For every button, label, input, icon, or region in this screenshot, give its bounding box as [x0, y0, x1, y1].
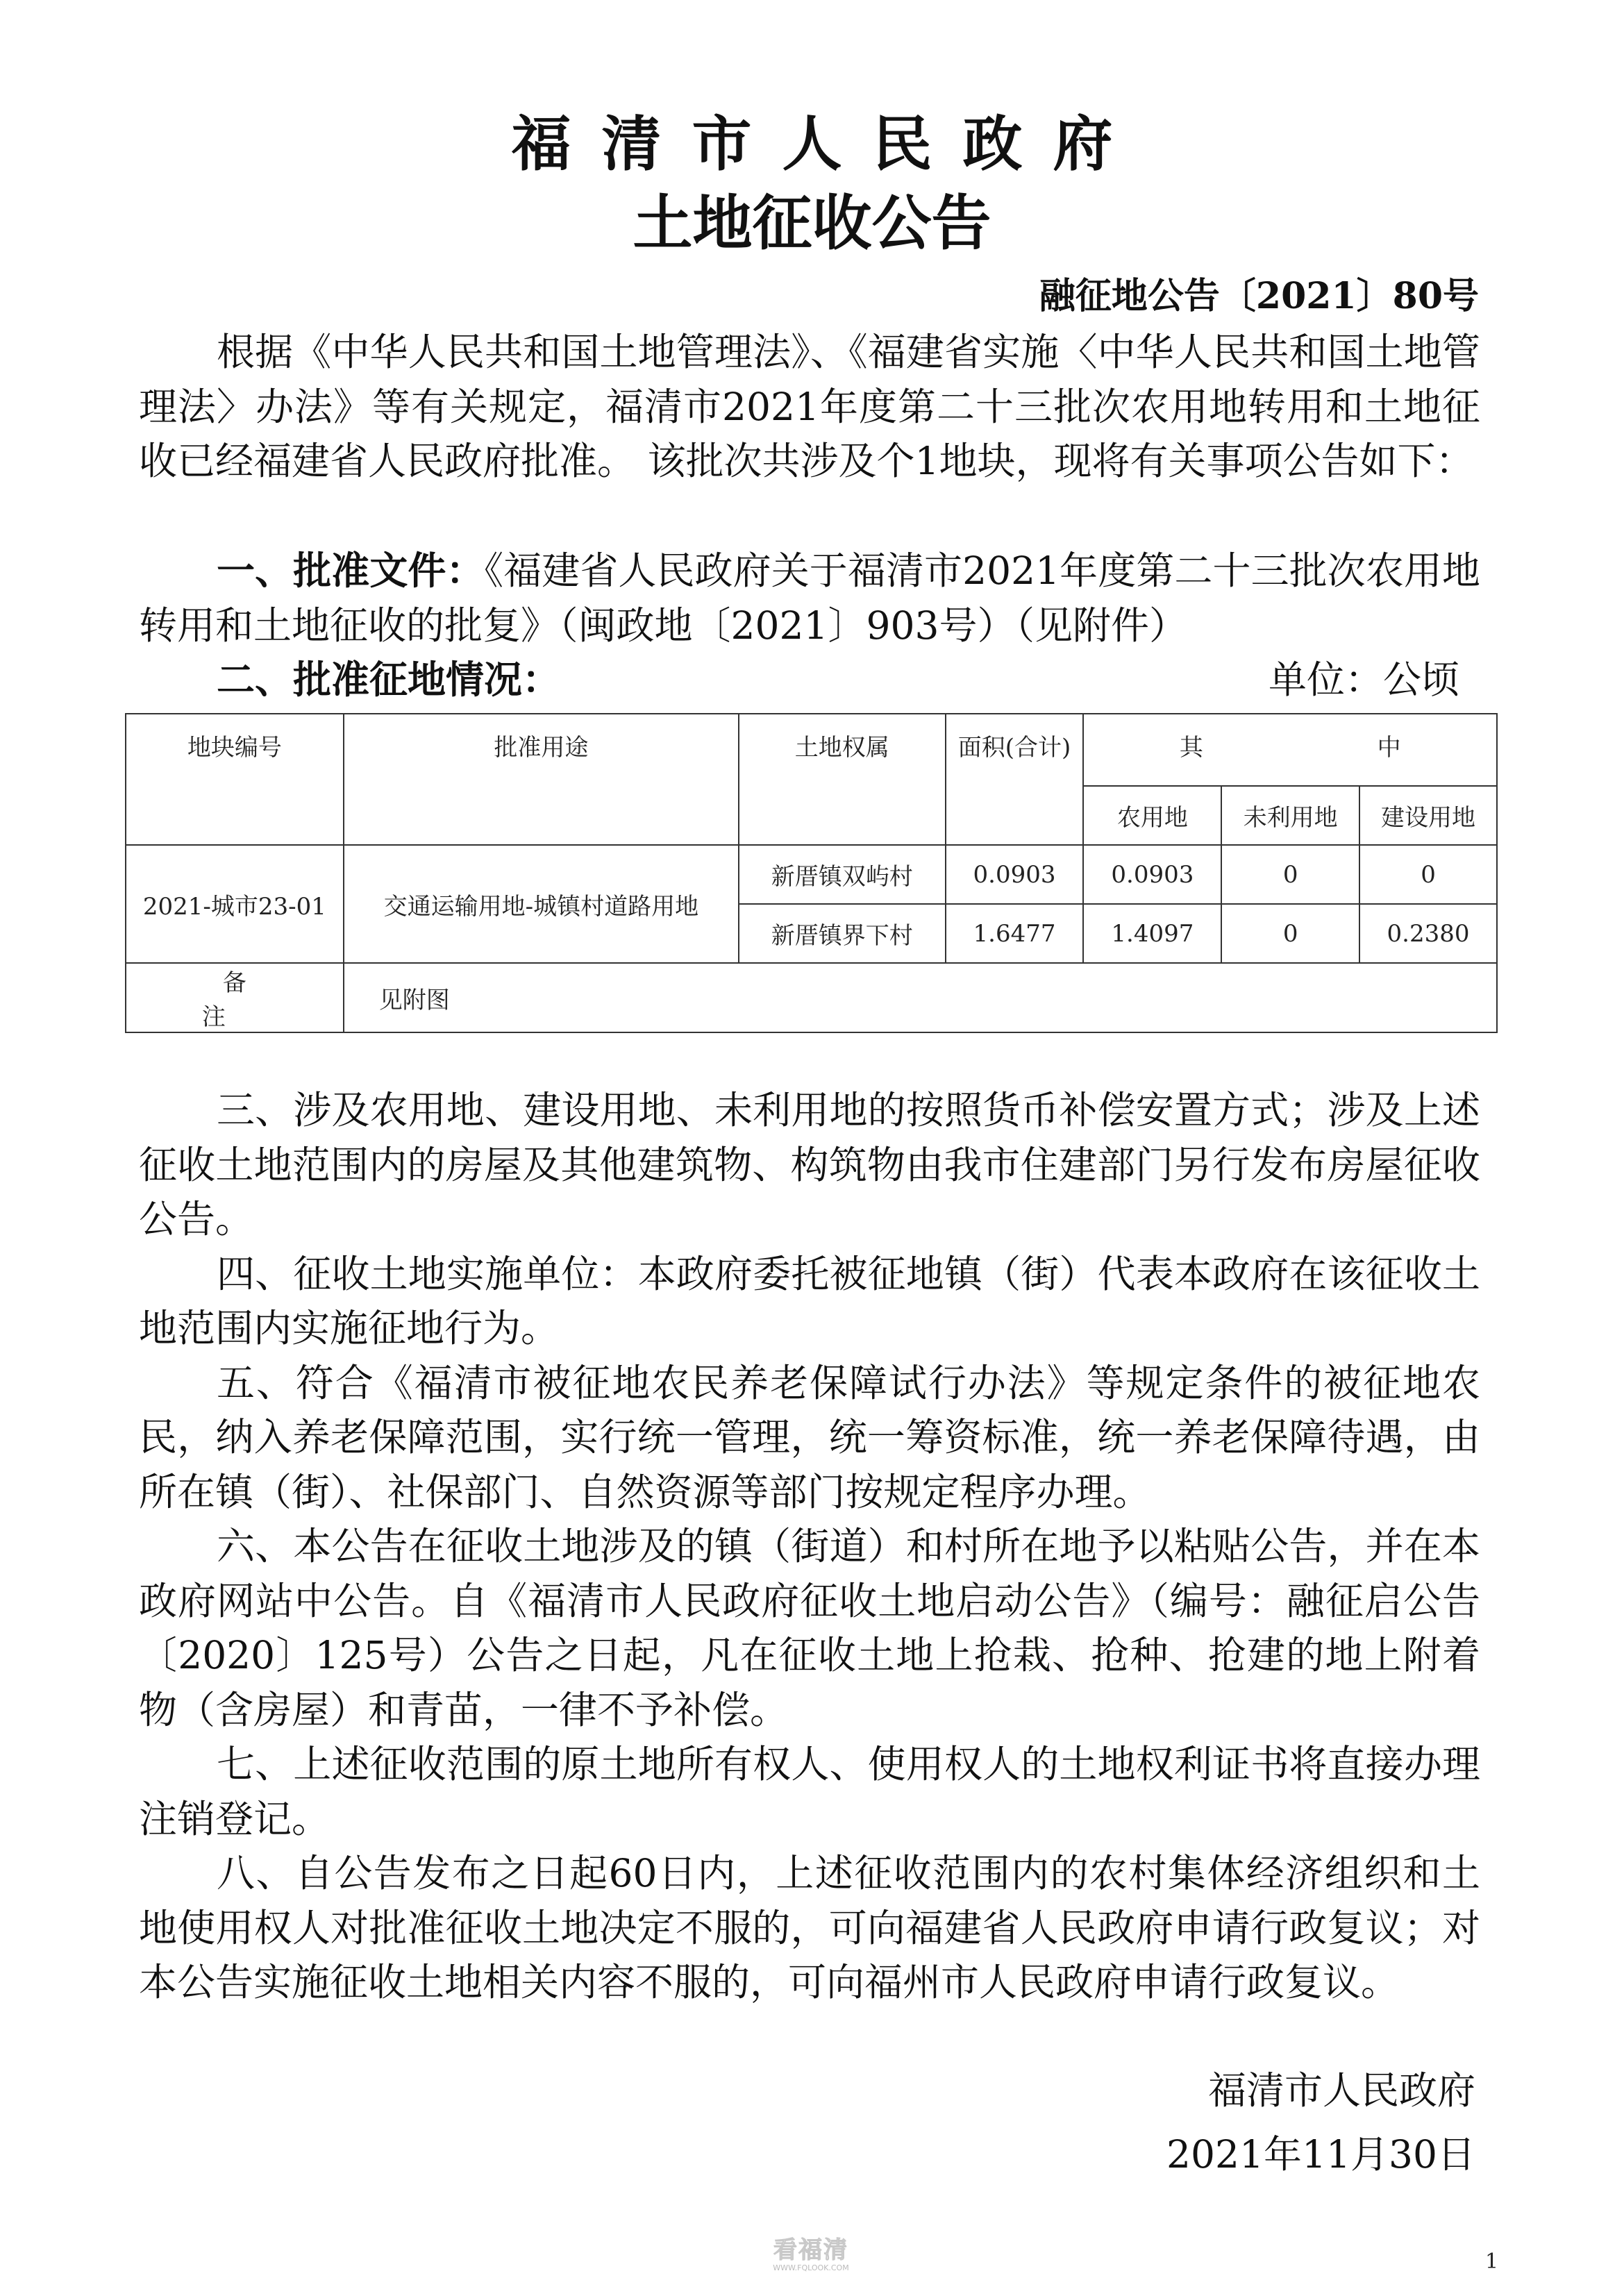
- header-unused: 未利用地: [1221, 786, 1359, 845]
- header-of-which: 其 中: [1083, 714, 1497, 786]
- signature-org: 福清市人民政府: [1208, 2063, 1475, 2118]
- section-1-label: 一、批准文件：: [217, 548, 485, 593]
- section-3-compensation: 三、涉及农用地、建设用地、未利用地的按照货币补偿安置方式；涉及上述征收土地范围内…: [139, 1083, 1480, 1247]
- unit-label: 单位：公顷: [1269, 653, 1459, 707]
- notice-title: 土地征收公告: [0, 189, 1624, 258]
- header-agricultural: 农用地: [1083, 786, 1221, 845]
- agricultural-cell: 0.0903: [1083, 845, 1221, 904]
- signature-date: 2021年11月30日: [1166, 2127, 1475, 2181]
- section-4-implementing-unit: 四、征收土地实施单位：本政府委托被征地镇（街）代表本政府在该征收土地范围内实施征…: [139, 1247, 1480, 1356]
- section-2-label: 二、批准征地情况：: [217, 653, 560, 707]
- header-approved-use: 批准用途: [344, 714, 739, 845]
- page-number: 1: [1485, 2248, 1498, 2276]
- construction-cell: 0: [1359, 845, 1497, 904]
- section-5-pension: 五、符合《福清市被征地农民养老保障试行办法》等规定条件的被征地农民，纳入养老保障…: [139, 1356, 1480, 1520]
- section-6-publication: 六、本公告在征收土地涉及的镇（街道）和村所在地予以粘贴公告，并在本政府网站中公告…: [139, 1519, 1480, 1737]
- watermark-url: WWW.FQLOOK.COM: [762, 2263, 860, 2273]
- construction-cell: 0.2380: [1359, 904, 1497, 963]
- unused-cell: 0: [1221, 845, 1359, 904]
- sections-body: 三、涉及农用地、建设用地、未利用地的按照货币补偿安置方式；涉及上述征收土地范围内…: [139, 1083, 1480, 2010]
- section-approval-document: 一、批准文件：《福建省人民政府关于福清市2021年度第二十三批次农用地转用和土地…: [139, 544, 1480, 653]
- remark-label-cell: 备 注: [126, 963, 344, 1032]
- table-header-row: 地块编号 批准用途 土地权属 面积(合计) 其 中: [126, 714, 1497, 786]
- header-area-total: 面积(合计): [946, 714, 1084, 845]
- ownership-cell: 新厝镇双屿村: [739, 845, 946, 904]
- section-7-certificate-cancellation: 七、上述征收范围的原土地所有权人、使用权人的土地权利证书将直接办理注销登记。: [139, 1737, 1480, 1846]
- intro-paragraph: 根据《中华人民共和国土地管理法》、《福建省实施〈中华人民共和国土地管理法〉办法》…: [139, 325, 1480, 489]
- land-acquisition-table: 地块编号 批准用途 土地权属 面积(合计) 其 中 农用地 未利用地 建设用地 …: [125, 713, 1498, 1033]
- header-of-which-label: 其 中: [1096, 734, 1484, 762]
- unused-cell: 0: [1221, 904, 1359, 963]
- intro-text: 根据《中华人民共和国土地管理法》、《福建省实施〈中华人民共和国土地管理法〉办法》…: [139, 325, 1480, 489]
- area-total-cell: 0.0903: [946, 845, 1084, 904]
- header-construction: 建设用地: [1359, 786, 1497, 845]
- section-8-review-rights: 八、自公告发布之日起60日内，上述征收范围内的农村集体经济组织和土地使用权人对批…: [139, 1846, 1480, 2010]
- remark-value-cell: 见附图: [344, 963, 1497, 1032]
- header-ownership: 土地权属: [739, 714, 946, 845]
- remark-label: 备 注: [181, 969, 288, 1031]
- parcel-id-cell: 2021-城市23-01: [126, 845, 344, 963]
- watermark-logo-text: 看福清: [762, 2237, 860, 2263]
- agricultural-cell: 1.4097: [1083, 904, 1221, 963]
- ownership-cell: 新厝镇界下村: [739, 904, 946, 963]
- table-row: 2021-城市23-01 交通运输用地-城镇村道路用地 新厝镇双屿村 0.090…: [126, 845, 1497, 904]
- table-remark-row: 备 注 见附图: [126, 963, 1497, 1032]
- area-total-cell: 1.6477: [946, 904, 1084, 963]
- watermark: 看福清 WWW.FQLOOK.COM: [762, 2237, 860, 2273]
- header-parcel-id: 地块编号: [126, 714, 344, 845]
- approved-use-cell: 交通运输用地-城镇村道路用地: [344, 845, 739, 963]
- document-number: 融征地公告〔2021〕80号: [1039, 272, 1479, 321]
- issuer-title: 福清市人民政府: [0, 110, 1624, 179]
